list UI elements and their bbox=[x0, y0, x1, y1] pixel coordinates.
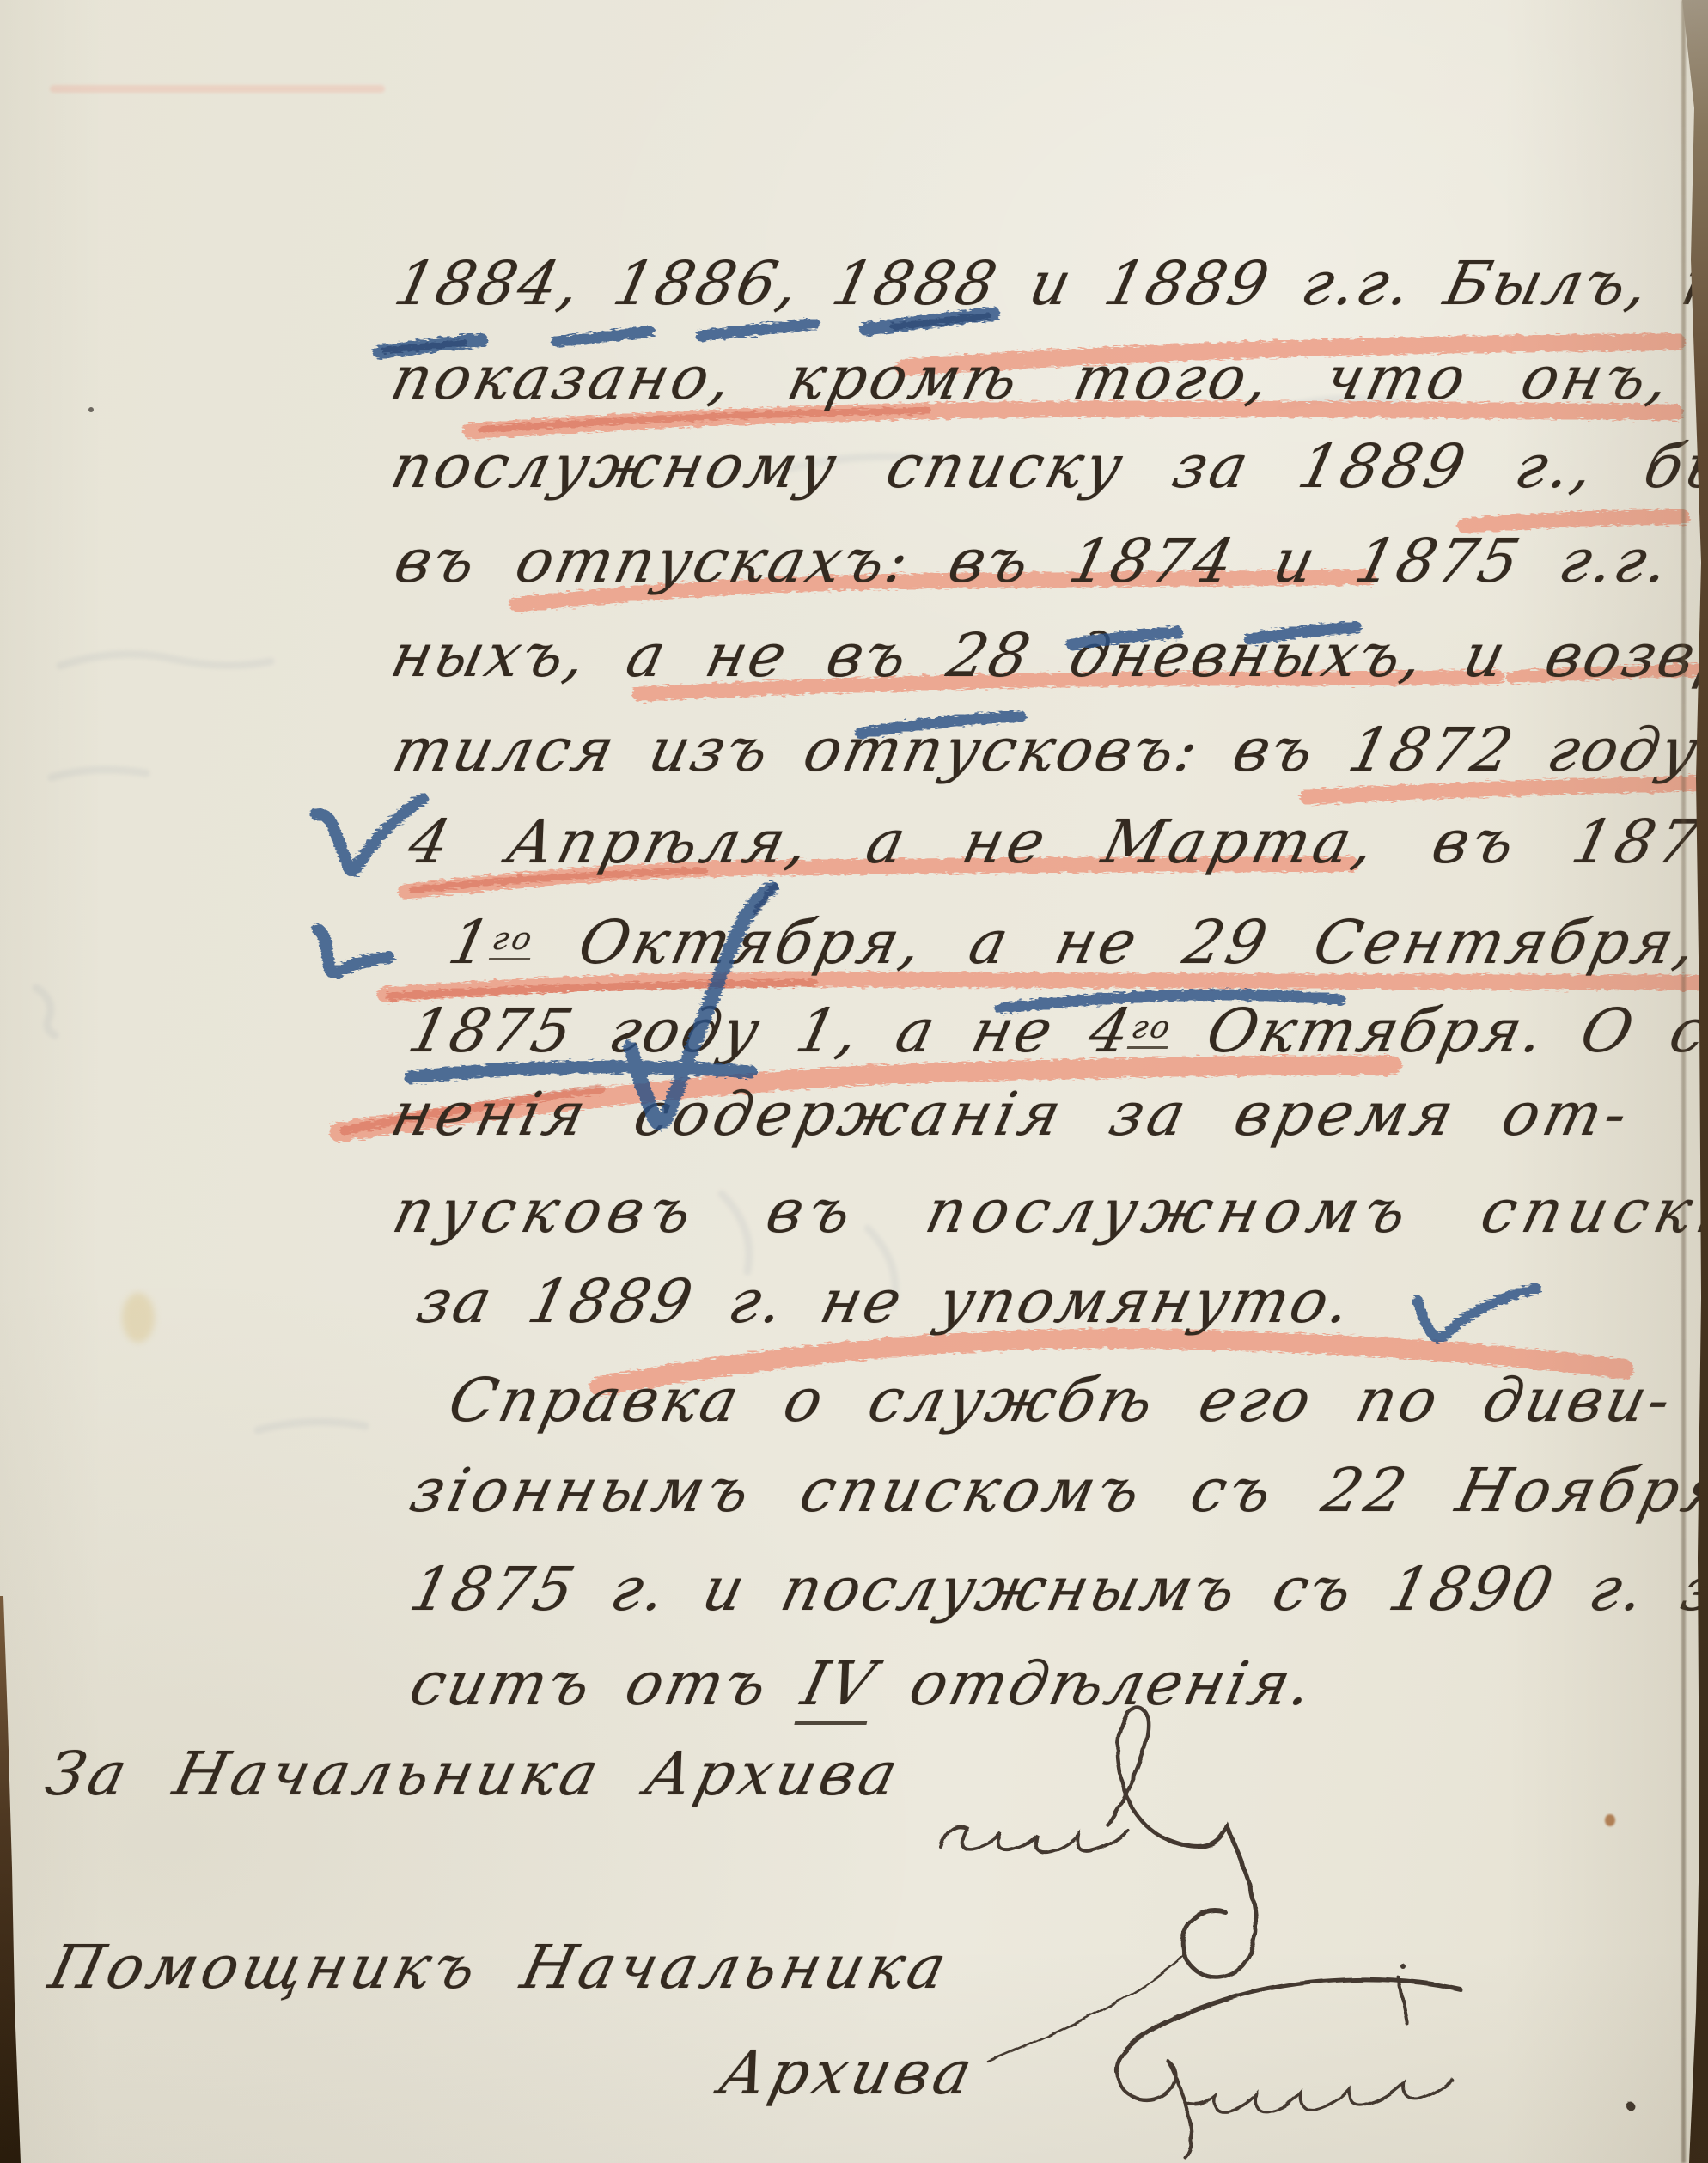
manuscript-line-19: Архива bbox=[713, 2038, 983, 2108]
manuscript-text: 1884, 1886, 1888 и 1889 г.г. Былъ, какъ … bbox=[0, 0, 1708, 2163]
text-segment: 4 Апрѣля, а не Марта, въ 1874 году bbox=[402, 807, 1708, 877]
manuscript-line-4: въ отпускахъ: въ 1874 и 1875 г.г. въ мѣс… bbox=[388, 526, 1708, 596]
manuscript-line-17: За Начальника Архива bbox=[40, 1739, 908, 1809]
text-segment: послужному списку за 1889 г., былъ bbox=[385, 431, 1708, 502]
text-segment: Октября, а не 29 Сентября, и въ bbox=[526, 907, 1708, 978]
text-segment: въ отпускахъ: въ 1874 и 1875 г.г. въ мѣс… bbox=[388, 526, 1708, 596]
text-segment: пусковъ въ послужномъ спискѣ bbox=[387, 1176, 1708, 1246]
text-segment: ныхъ, а не въ 28 дневныхъ, и возвра- bbox=[385, 620, 1708, 691]
manuscript-line-11: пусковъ въ послужномъ спискѣ bbox=[387, 1176, 1708, 1246]
text-segment: отдѣленія. bbox=[868, 1648, 1321, 1719]
text-segment: Архива bbox=[713, 2038, 983, 2108]
text-segment: ненія содержанія за время от- bbox=[385, 1079, 1638, 1149]
text-segment: 1884, 1886, 1888 и 1889 г.г. Былъ, какъ … bbox=[388, 248, 1708, 319]
manuscript-line-2: показано, кромѣ того, что онъ, по bbox=[385, 343, 1708, 413]
manuscript-line-15: 1875 г. и послужнымъ съ 1890 г. зави- bbox=[404, 1554, 1708, 1624]
paper-right-edge-highlight bbox=[1681, 0, 1686, 2163]
manuscript-line-16: ситъ отъ IV отдѣленія. bbox=[404, 1648, 1321, 1719]
text-segment: Октября. О сохра- bbox=[1163, 996, 1708, 1066]
manuscript-line-13: Справка о службѣ его по диви- bbox=[442, 1365, 1681, 1435]
document-page: 1884, 1886, 1888 и 1889 г.г. Былъ, какъ … bbox=[0, 0, 1708, 2163]
manuscript-line-10: ненія содержанія за время от- bbox=[385, 1079, 1638, 1149]
text-segment: Справка о службѣ его по диви- bbox=[442, 1365, 1681, 1435]
text-segment: за 1889 г. не упомянуто. bbox=[411, 1266, 1360, 1337]
manuscript-line-8: 1го Октября, а не 29 Сентября, и въ bbox=[442, 907, 1708, 978]
manuscript-line-3: послужному списку за 1889 г., былъ bbox=[385, 431, 1708, 502]
text-segment: тился изъ отпусковъ: въ 1872 году bbox=[387, 715, 1707, 785]
text-segment: ситъ отъ bbox=[404, 1648, 812, 1719]
text-segment: Помощникъ Начальника bbox=[43, 1932, 957, 2002]
text-segment: показано, кромѣ того, что онъ, по bbox=[385, 343, 1708, 413]
manuscript-line-9: 1875 году 1, а не 4го Октября. О сохра- bbox=[402, 996, 1708, 1066]
manuscript-line-12: за 1889 г. не упомянуто. bbox=[411, 1266, 1360, 1337]
manuscript-line-7: 4 Апрѣля, а не Марта, въ 1874 году bbox=[402, 807, 1708, 877]
manuscript-line-1: 1884, 1886, 1888 и 1889 г.г. Былъ, какъ … bbox=[388, 248, 1708, 319]
manuscript-line-6: тился изъ отпусковъ: въ 1872 году bbox=[387, 715, 1707, 785]
text-segment: За Начальника Архива bbox=[40, 1739, 908, 1809]
text-segment: 1875 году 1, а не 4 bbox=[402, 996, 1139, 1066]
manuscript-line-5: ныхъ, а не въ 28 дневныхъ, и возвра- bbox=[385, 620, 1708, 691]
text-segment: 1875 г. и послужнымъ съ 1890 г. зави- bbox=[404, 1554, 1708, 1624]
manuscript-line-18: Помощникъ Начальника bbox=[43, 1932, 957, 2002]
text-segment: зіоннымъ спискомъ съ 22 Ноября bbox=[404, 1455, 1708, 1526]
manuscript-line-14: зіоннымъ спискомъ съ 22 Ноября bbox=[404, 1455, 1708, 1526]
